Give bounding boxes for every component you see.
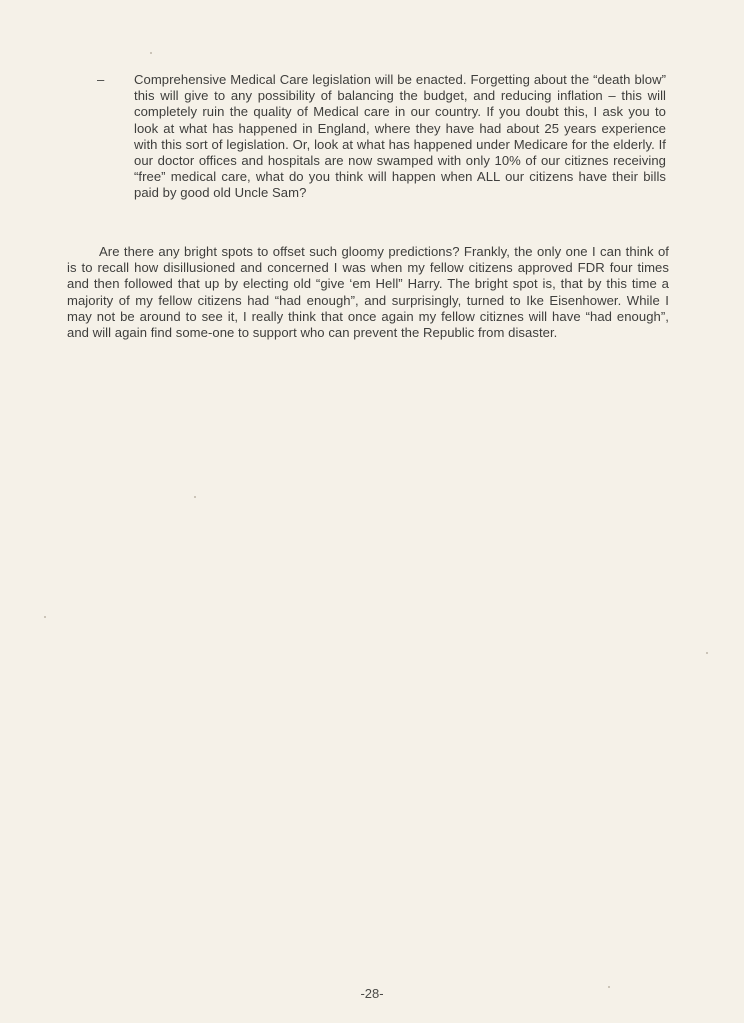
bullet-dash-marker: – <box>97 72 104 88</box>
page-number: -28- <box>0 986 744 1001</box>
paper-speck <box>194 496 196 498</box>
bullet-text: Comprehensive Medical Care legislation w… <box>134 72 666 202</box>
paper-speck <box>608 986 610 988</box>
paper-speck <box>706 652 708 654</box>
paper-speck <box>44 616 46 618</box>
body-paragraph: Are there any bright spots to offset suc… <box>67 244 669 341</box>
paper-speck <box>150 52 152 54</box>
document-page: – Comprehensive Medical Care legislation… <box>0 0 744 1023</box>
